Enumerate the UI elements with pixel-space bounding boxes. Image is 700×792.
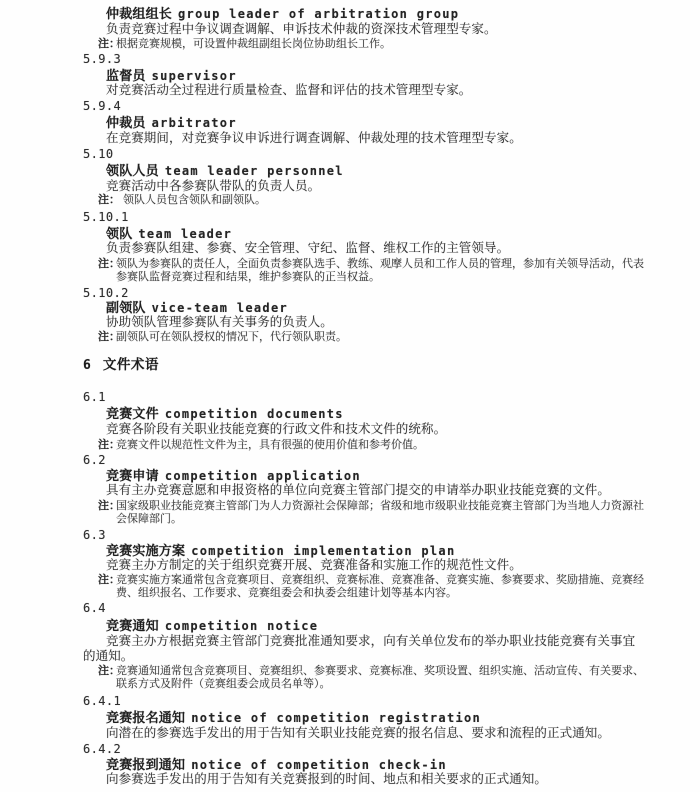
note-line: 注：根据竞赛规模，可设置仲裁组副组长岗位协助组长工作。 bbox=[98, 38, 391, 50]
definition-line: 负责竞赛过程中争议调查调解、申诉技术仲裁的资深技术管理型专家。 bbox=[106, 23, 497, 37]
note-text: 领队人员包含领队和副领队。 bbox=[123, 194, 266, 206]
note-text: 竞赛文件以规范性文件为主，具有很强的使用价值和参考价值。 bbox=[116, 439, 424, 451]
term-en: vice-team leader bbox=[152, 301, 288, 315]
term-zh: 竞赛申请 bbox=[106, 468, 159, 483]
note-line: 注：副领队可在领队授权的情况下，代行领队职责。 bbox=[98, 331, 347, 343]
term-en: competition implementation plan bbox=[191, 544, 455, 558]
term-heading: 监督员supervisor bbox=[106, 69, 237, 83]
note-text: 竞赛实施方案通常包含竞赛项目、竞赛组织、竞赛标准、竞赛准备、竞赛实施、参赛要求、… bbox=[116, 574, 644, 586]
note-continuation-line: 联系方式及附件（竞赛组委会成员名单等）。 bbox=[116, 678, 331, 690]
term-heading: 竞赛申请competition application bbox=[106, 469, 361, 483]
term-en: team leader bbox=[138, 227, 232, 241]
term-heading: 竞赛文件competition documents bbox=[106, 407, 344, 421]
term-en: competition documents bbox=[165, 407, 344, 421]
term-heading: 副领队vice-team leader bbox=[106, 301, 288, 315]
chapter-title: 文件术语 bbox=[103, 357, 159, 372]
definition-line: 在竞赛期间，对竞赛争议申诉进行调查调解、仲裁处理的技术管理型专家。 bbox=[106, 132, 522, 146]
term-en: group leader of arbitration group bbox=[178, 7, 459, 21]
section-number: 6.1 bbox=[83, 391, 106, 404]
definition-line: 竞赛主办方制定的关于组织竞赛开展、竞赛准备和实施工作的规范性文件。 bbox=[106, 559, 522, 573]
definition-line: 向参赛选手发出的用于告知有关竞赛报到的时间、地点和相关要求的正式通知。 bbox=[106, 773, 547, 787]
term-heading: 仲裁员arbitrator bbox=[106, 116, 237, 130]
term-heading: 领队team leader bbox=[106, 227, 232, 241]
note-text: 国家级职业技能竞赛主管部门为人力资源社会保障部；省级和地市级职业技能竞赛主管部门… bbox=[116, 500, 644, 512]
note-line: 注：竞赛文件以规范性文件为主，具有很强的使用价值和参考价值。 bbox=[98, 439, 424, 451]
note-text: 副领队可在领队授权的情况下，代行领队职责。 bbox=[116, 331, 347, 343]
note-line: 注：国家级职业技能竞赛主管部门为人力资源社会保障部；省级和地市级职业技能竞赛主管… bbox=[98, 500, 644, 512]
term-zh: 竞赛报到通知 bbox=[106, 757, 185, 772]
term-heading: 领队人员team leader personnel bbox=[106, 164, 344, 178]
term-zh: 监督员 bbox=[106, 68, 146, 83]
section-number: 5.9.3 bbox=[83, 53, 121, 66]
term-zh: 领队 bbox=[106, 226, 132, 241]
definition-line: 对竞赛活动全过程进行质量检查、监督和评估的技术管理型专家。 bbox=[106, 84, 471, 98]
section-number: 5.10.2 bbox=[83, 287, 129, 300]
section-number: 5.9.4 bbox=[83, 100, 121, 113]
section-number: 6.2 bbox=[83, 454, 106, 467]
note-text: 竞赛通知通常包含竞赛项目、竞赛组织、参赛要求、竞赛标准、奖项设置、组织实施、活动… bbox=[116, 665, 644, 677]
term-zh: 仲裁组组长 bbox=[106, 6, 172, 21]
term-zh: 竞赛报名通知 bbox=[106, 710, 185, 725]
definition-line: 竞赛活动中各参赛队带队的负责人员。 bbox=[106, 180, 320, 194]
document-page: 仲裁组组长group leader of arbitration group 负… bbox=[0, 0, 700, 792]
term-zh: 竞赛文件 bbox=[106, 406, 159, 421]
term-en: competition notice bbox=[165, 619, 318, 633]
note-line: 注：领队为参赛队的责任人，全面负责参赛队选手、教练、观摩人员和工作人员的管理，参… bbox=[98, 258, 644, 270]
term-heading: 竞赛通知competition notice bbox=[106, 619, 318, 633]
term-zh: 领队人员 bbox=[106, 163, 159, 178]
note-continuation-line: 费、组织报名、工作要求、竞赛组委会和执委会组建计划等基本内容。 bbox=[116, 587, 457, 599]
term-en: competition application bbox=[165, 469, 361, 483]
term-en: notice of competition registration bbox=[191, 711, 481, 725]
note-text: 根据竞赛规模，可设置仲裁组副组长岗位协助组长工作。 bbox=[116, 38, 391, 50]
definition-line: 竞赛各阶段有关职业技能竞赛的行政文件和技术文件的统称。 bbox=[106, 423, 446, 437]
definition-line: 协助领队管理参赛队有关事务的负责人。 bbox=[106, 316, 333, 330]
note-label: 注： bbox=[98, 194, 120, 206]
term-heading: 竞赛报名通知notice of competition registration bbox=[106, 711, 481, 725]
note-line: 注：领队人员包含领队和副领队。 bbox=[98, 194, 266, 206]
term-en: notice of competition check-in bbox=[191, 758, 447, 772]
term-heading: 仲裁组组长group leader of arbitration group bbox=[106, 7, 459, 21]
term-heading: 竞赛实施方案competition implementation plan bbox=[106, 544, 455, 558]
definition-line: 具有主办竞赛意愿和申报资格的单位向竞赛主管部门提交的申请举办职业技能竞赛的文件。 bbox=[106, 484, 610, 498]
term-zh: 竞赛实施方案 bbox=[106, 543, 185, 558]
term-en: arbitrator bbox=[152, 116, 237, 130]
term-en: supervisor bbox=[152, 69, 237, 83]
term-zh: 副领队 bbox=[106, 300, 146, 315]
note-continuation-line: 会保障部门。 bbox=[116, 513, 182, 525]
term-heading: 竞赛报到通知notice of competition check-in bbox=[106, 758, 447, 772]
section-number: 6.4 bbox=[83, 602, 106, 615]
section-number: 6.4.2 bbox=[83, 743, 121, 756]
definition-line: 竞赛主办方根据竞赛主管部门竞赛批准通知要求，向有关单位发布的举办职业技能竞赛有关… bbox=[106, 635, 635, 649]
section-number: 6.4.1 bbox=[83, 695, 121, 708]
note-line: 注：竞赛通知通常包含竞赛项目、竞赛组织、参赛要求、竞赛标准、奖项设置、组织实施、… bbox=[98, 665, 644, 677]
section-number: 5.10.1 bbox=[83, 211, 129, 224]
term-zh: 竞赛通知 bbox=[106, 618, 159, 633]
definition-continuation-line: 的通知。 bbox=[83, 650, 133, 664]
section-number: 5.10 bbox=[83, 148, 114, 161]
note-line: 注：竞赛实施方案通常包含竞赛项目、竞赛组织、竞赛标准、竞赛准备、竞赛实施、参赛要… bbox=[98, 574, 644, 586]
term-en: team leader personnel bbox=[165, 164, 344, 178]
section-number: 6.3 bbox=[83, 529, 106, 542]
note-continuation-line: 参赛队监督竞赛过程和结果，维护参赛队的正当权益。 bbox=[116, 271, 380, 283]
chapter-heading: 6文件术语 bbox=[83, 358, 159, 373]
note-text: 领队为参赛队的责任人，全面负责参赛队选手、教练、观摩人员和工作人员的管理，参加有… bbox=[116, 258, 644, 270]
chapter-number: 6 bbox=[83, 358, 91, 373]
term-zh: 仲裁员 bbox=[106, 115, 146, 130]
definition-line: 向潜在的参赛选手发出的用于告知有关职业技能竞赛的报名信息、要求和流程的正式通知。 bbox=[106, 727, 610, 741]
definition-line: 负责参赛队组建、参赛、安全管理、守纪、监督、维权工作的主管领导。 bbox=[106, 242, 509, 256]
